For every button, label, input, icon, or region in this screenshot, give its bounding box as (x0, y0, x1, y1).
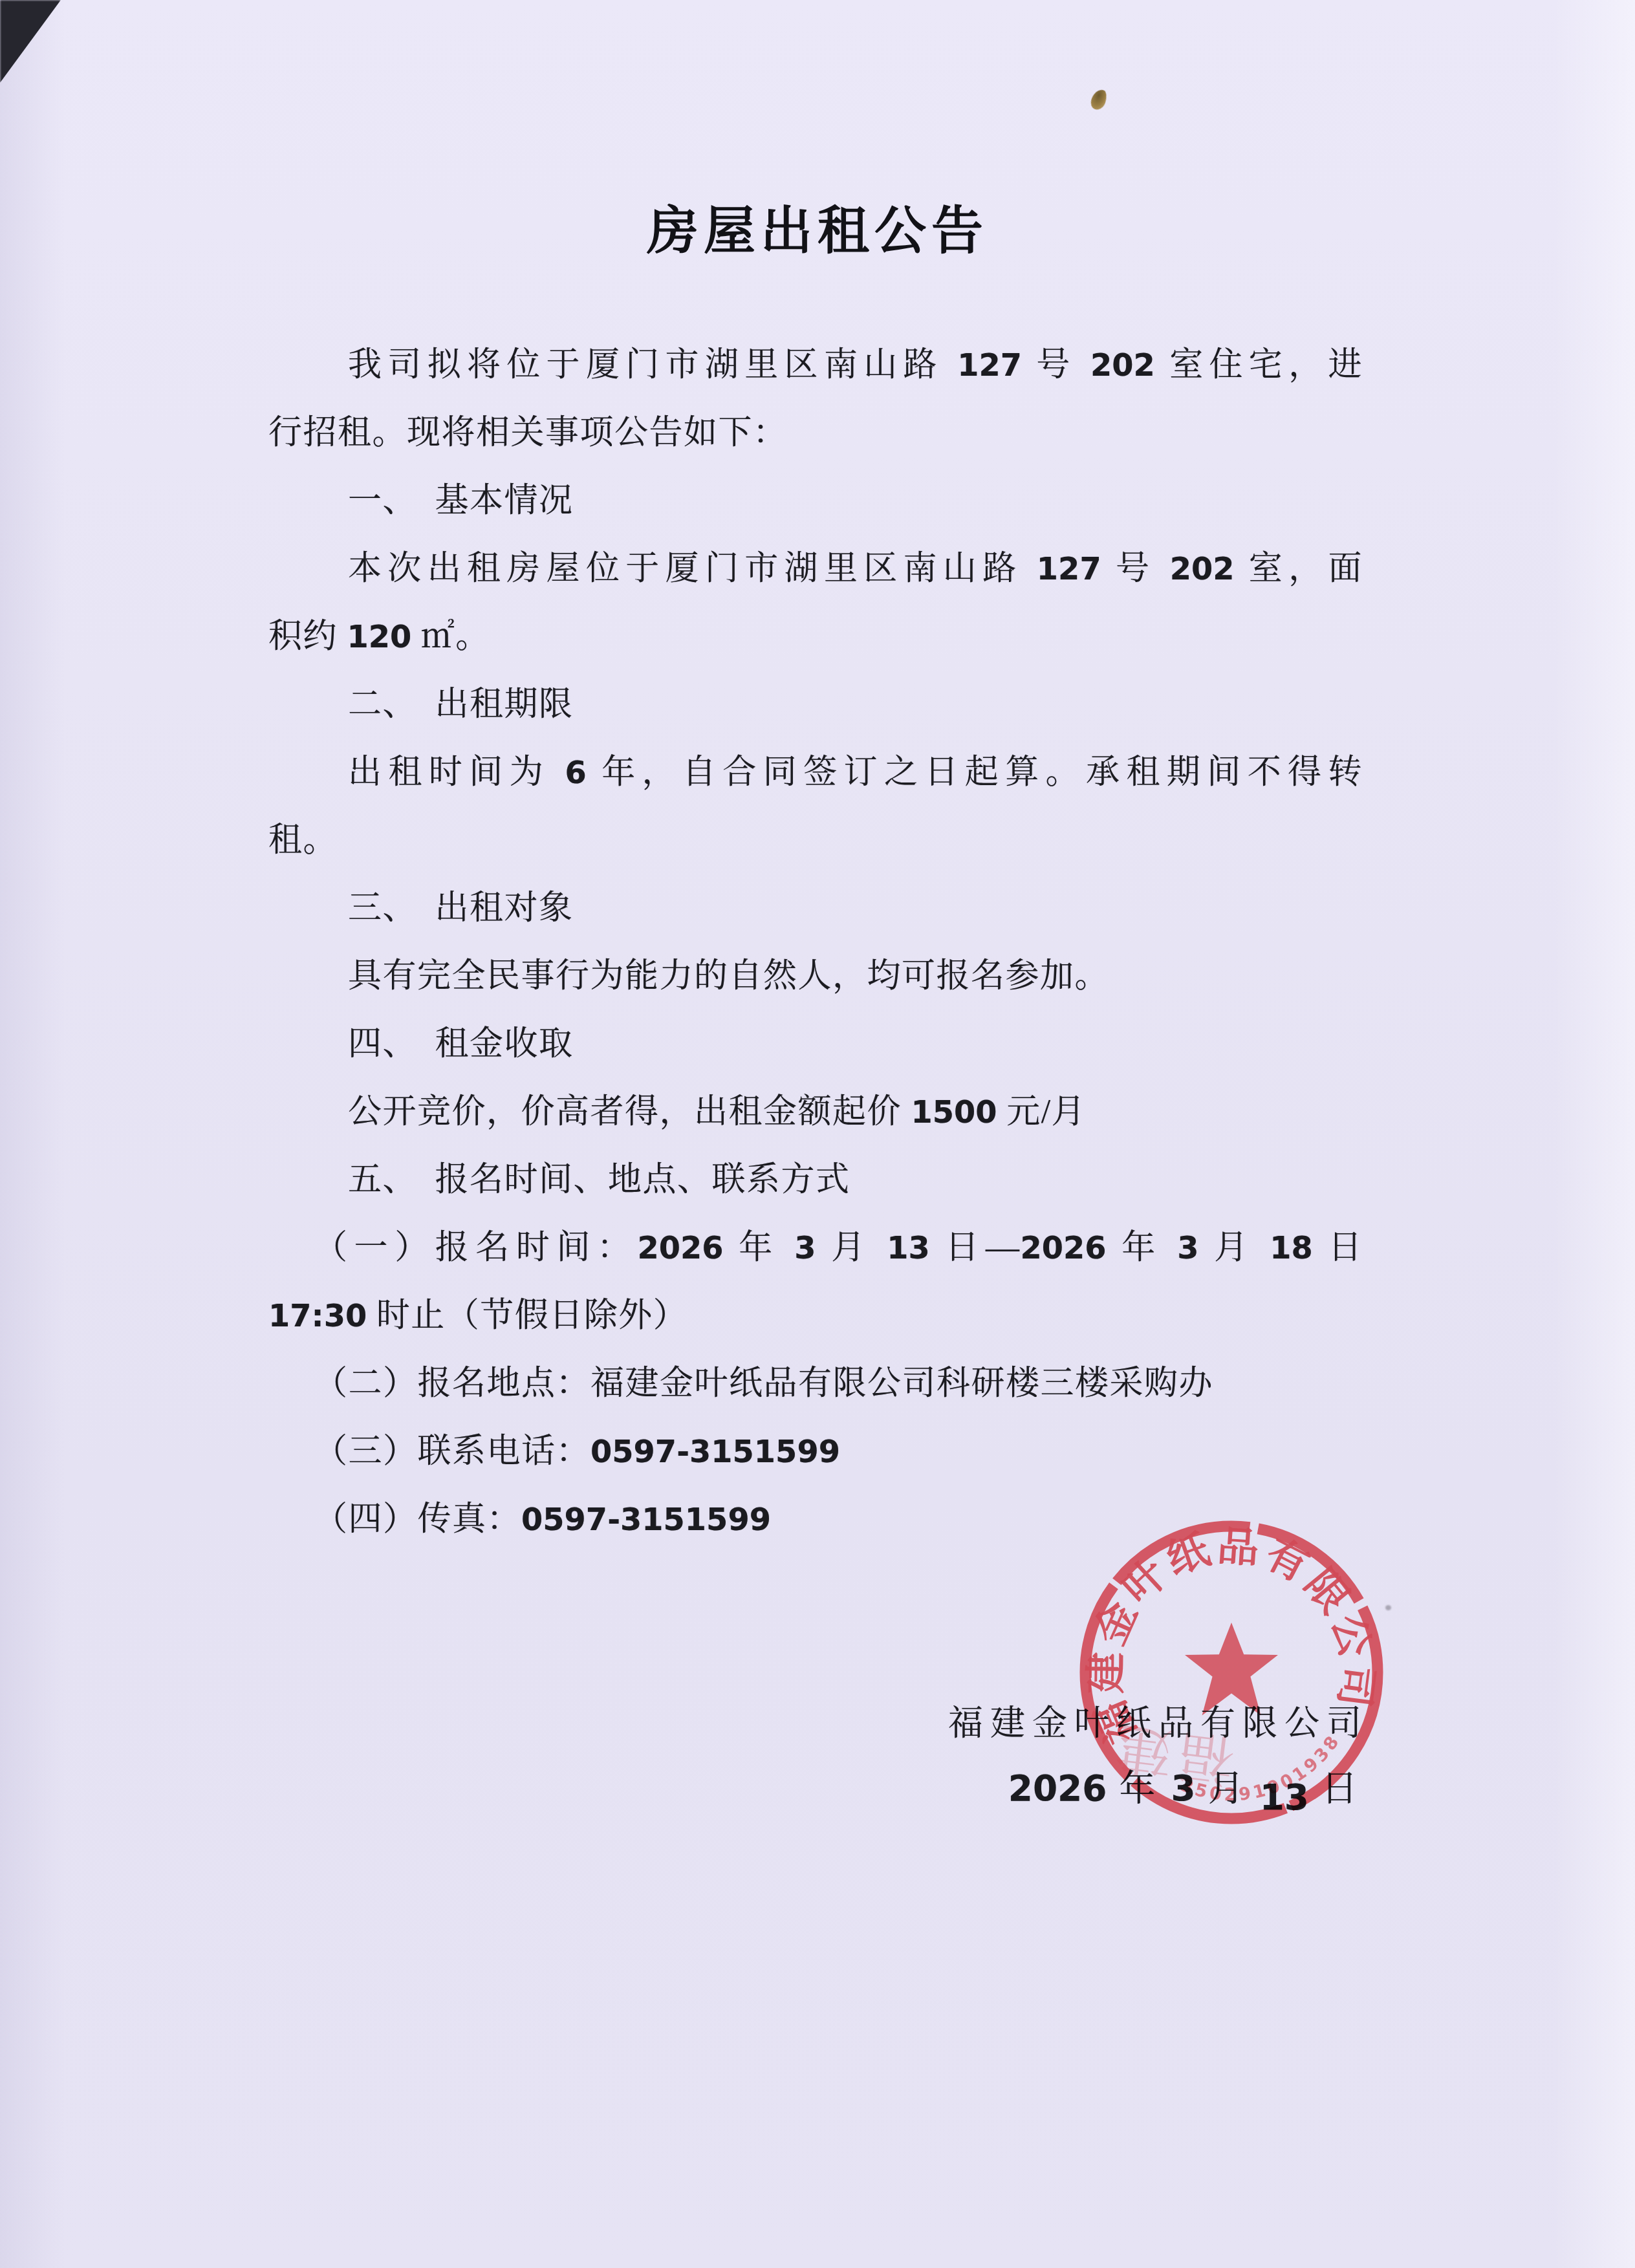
intro-line-2: 行招租。现将相关事项公告如下： (268, 399, 1363, 467)
section-5-item-3: （三）联系电话：0597-3151599 (268, 1418, 1363, 1485)
heading-section-5: 五、 报名时间、地点、联系方式 (268, 1146, 1363, 1214)
section-5-item-1-cont: 17:30 时止（节假日除外） (268, 1282, 1363, 1350)
heading-section-1: 一、 基本情况 (268, 467, 1363, 535)
scanned-document-page: 房屋出租公告 我司拟将位于厦门市湖里区南山路 127 号 202 室住宅，进 行… (0, 0, 1635, 2268)
company-seal-stamp: 福建金叶纸品有限公司 350291001938 福建 (1074, 1511, 1393, 1838)
document-title: 房屋出租公告 (270, 194, 1365, 269)
seal-star-icon (1185, 1623, 1278, 1715)
scan-corner-shadow (0, 0, 61, 83)
intro-line-1: 我司拟将位于厦门市湖里区南山路 127 号 202 室住宅，进 (268, 331, 1363, 399)
section-5-item-1: （一）报名时间：2026 年 3 月 13 日—2026 年 3 月 18 日 (268, 1214, 1363, 1282)
section-1-line-2: 积约 120 ㎡。 (268, 603, 1363, 671)
heading-section-3: 三、 出租对象 (268, 874, 1363, 942)
seal-ghost-impression: 福建 (1107, 1714, 1237, 1791)
heading-section-2: 二、 出租期限 (268, 671, 1363, 739)
section-1-line-1: 本次出租房屋位于厦门市湖里区南山路 127 号 202 室，面 (268, 535, 1363, 603)
section-4-line-1: 公开竞价，价高者得，出租金额起价 1500 元/月 (268, 1078, 1363, 1146)
section-2-line-1: 出租时间为 6 年，自合同签订之日起算。承租期间不得转 (268, 739, 1363, 806)
paper-speck (1089, 87, 1109, 111)
section-2-line-2: 租。 (268, 806, 1363, 874)
section-5-item-2: （二）报名地点：福建金叶纸品有限公司科研楼三楼采购办 (268, 1350, 1363, 1418)
document-body: 我司拟将位于厦门市湖里区南山路 127 号 202 室住宅，进 行招租。现将相关… (268, 331, 1363, 1553)
section-3-line-1: 具有完全民事行为能力的自然人，均可报名参加。 (268, 942, 1363, 1010)
heading-section-4: 四、 租金收取 (268, 1010, 1363, 1078)
